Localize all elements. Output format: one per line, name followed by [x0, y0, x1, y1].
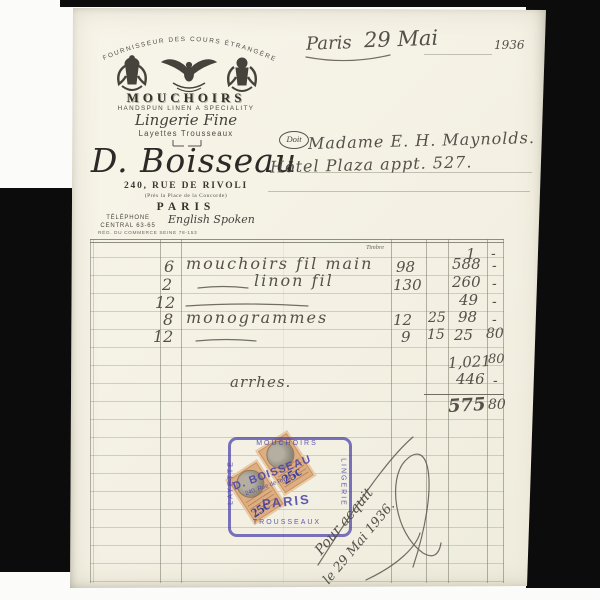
handwriting-strokes — [68, 5, 546, 590]
photograph-of-invoice: { "colors": { "backdrop": "#0c0c0c", "pa… — [0, 0, 600, 600]
backdrop-top — [60, 0, 600, 7]
backdrop-left — [0, 188, 72, 572]
invoice-paper: FOURNISSEUR DES COURS ÉTRANGÈRES — [68, 5, 546, 590]
